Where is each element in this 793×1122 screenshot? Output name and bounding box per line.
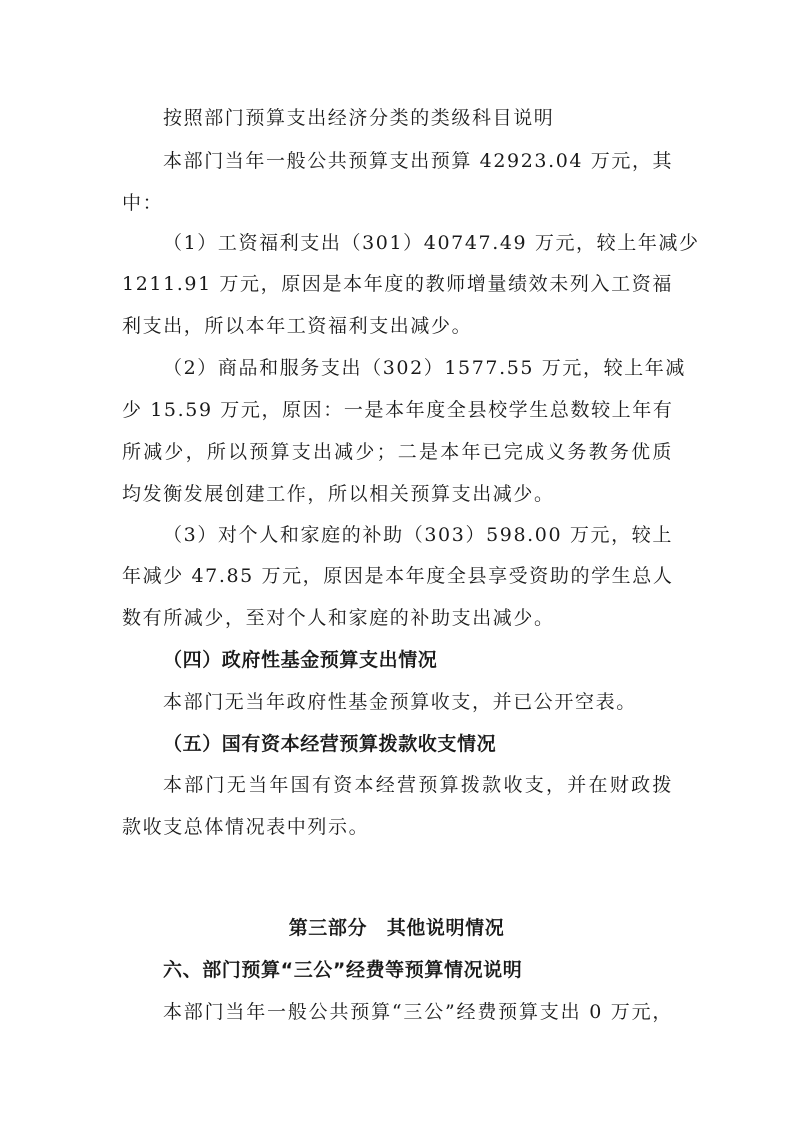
item-1-line-1: （1）工资福利支出（301）40747.49 万元，较上年减少	[163, 228, 673, 258]
intro-paragraph-line-1: 本部门当年一般公共预算支出预算 42923.04 万元，其	[163, 146, 673, 176]
item-2-line-2: 少 15.59 万元，原因：一是本年度全县校学生总数较上年有	[122, 395, 673, 425]
item-2-line-4: 均发衡发展创建工作，所以相关预算支出减少。	[122, 479, 673, 509]
item-2-line-3: 所减少，所以预算支出减少；二是本年已完成义务教务优质	[122, 437, 673, 467]
item-1-line-2: 1211.91 万元，原因是本年度的教师增量绩效未列入工资福	[122, 269, 673, 299]
section-4-heading: （四）政府性基金预算支出情况	[163, 645, 673, 675]
section-4-body: 本部门无当年政府性基金预算收支，并已公开空表。	[163, 687, 673, 717]
intro-paragraph-line-2: 中：	[122, 188, 673, 218]
document-page: 按照部门预算支出经济分类的类级科目说明 本部门当年一般公共预算支出预算 4292…	[0, 0, 793, 1122]
item-3-line-2: 年减少 47.85 万元，原因是本年度全县享受资助的学生总人	[122, 561, 673, 591]
item-3-line-1: （3）对个人和家庭的补助（303）598.00 万元，较上	[163, 520, 673, 550]
item-1-line-3: 利支出，所以本年工资福利支出减少。	[122, 311, 673, 341]
section-6-body-line-1: 本部门当年一般公共预算“三公”经费预算支出 0 万元，	[163, 997, 673, 1027]
section-5-body-line-2: 款收支总体情况表中列示。	[122, 812, 673, 842]
part-3-title: 第三部分 其他说明情况	[0, 913, 793, 943]
item-2-line-1: （2）商品和服务支出（302）1577.55 万元，较上年减	[163, 353, 673, 383]
item-3-line-3: 数有所减少，至对个人和家庭的补助支出减少。	[122, 603, 673, 633]
section-5-body-line-1: 本部门无当年国有资本经营预算拨款收支，并在财政拨	[163, 770, 673, 800]
section-6-heading: 六、部门预算“三公”经费等预算情况说明	[163, 955, 673, 985]
section-5-heading: （五）国有资本经营预算拨款收支情况	[163, 729, 673, 759]
intro-heading: 按照部门预算支出经济分类的类级科目说明	[163, 103, 673, 133]
